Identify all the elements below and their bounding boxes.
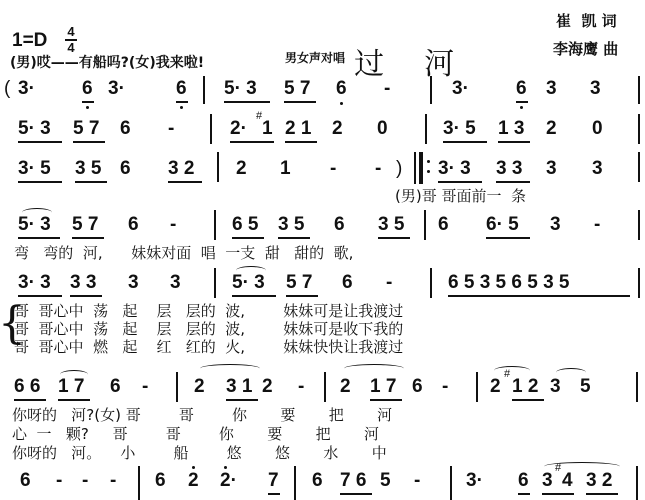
repeat-barline — [419, 152, 423, 184]
octave-dot — [224, 466, 227, 469]
time-sig-top: 4 — [67, 24, 74, 39]
note: 7 — [268, 470, 279, 492]
underline — [518, 493, 530, 495]
octave-dot — [340, 102, 343, 105]
note: 3 — [542, 470, 553, 492]
barline — [214, 268, 216, 298]
note: 3 — [546, 78, 557, 100]
underline — [286, 295, 318, 297]
note: 5 7 — [73, 118, 99, 140]
repeat-dot — [427, 160, 430, 163]
underline — [232, 295, 276, 297]
note: - — [56, 470, 62, 492]
note: 3 — [128, 272, 139, 294]
note: 3· 5 — [18, 158, 51, 180]
note: 3 — [546, 158, 557, 180]
note: 3 3 — [70, 272, 96, 294]
note: ) — [396, 158, 402, 180]
note: 1 7 — [58, 376, 84, 398]
note: 3 3 — [496, 158, 522, 180]
note: 3 — [550, 376, 561, 398]
note: 3 — [170, 272, 181, 294]
note: 3· 3 — [438, 158, 471, 180]
note: - — [386, 272, 392, 294]
underline — [370, 399, 402, 401]
note: 6 — [412, 376, 423, 398]
key-signature: 1=D — [12, 30, 47, 52]
underline — [72, 237, 104, 239]
slur — [200, 364, 260, 373]
barline — [636, 466, 638, 500]
note: ( — [4, 78, 10, 100]
barline — [324, 372, 326, 402]
underline — [512, 399, 544, 401]
note: 3· — [108, 78, 125, 100]
underline — [18, 181, 62, 183]
note: 3 2 — [168, 158, 194, 180]
octave-dot — [86, 106, 89, 109]
note: 3 5 — [378, 214, 404, 236]
underline — [18, 295, 62, 297]
note: 3 — [550, 214, 561, 236]
note: 0 — [592, 118, 603, 140]
octave-dot — [192, 466, 195, 469]
underline — [226, 399, 258, 401]
underline — [268, 493, 280, 495]
underline — [516, 101, 528, 103]
note: 6 — [110, 376, 121, 398]
lyric-line: 弯 弯的 河, 妹妹对面 唱 一支 甜 甜的 歌, — [14, 242, 353, 263]
note: 5 7 — [284, 78, 310, 100]
underline — [232, 237, 264, 239]
note: 6 — [82, 78, 93, 100]
underline — [82, 101, 94, 103]
barline — [176, 372, 178, 402]
note: 7 6 — [340, 470, 366, 492]
underline — [58, 399, 90, 401]
sharp-sign: # — [504, 368, 510, 380]
note: 3 1 — [226, 376, 252, 398]
underline — [176, 101, 188, 103]
underline — [168, 181, 202, 183]
underline — [73, 141, 105, 143]
note: 6 — [120, 118, 131, 140]
slur — [494, 366, 530, 375]
barline — [424, 210, 426, 240]
note: 6 — [438, 214, 449, 236]
note: 3· 5 — [443, 118, 476, 140]
note: 2 — [340, 376, 351, 398]
note: 6 — [120, 158, 131, 180]
note: 5 — [580, 376, 591, 398]
note: 1 — [280, 158, 291, 180]
note: 5· 3 — [224, 78, 257, 100]
note: 2 — [332, 118, 343, 140]
note: - — [170, 214, 176, 236]
title-char: 河 — [424, 47, 494, 82]
barline — [203, 76, 205, 104]
note: 1 2 — [512, 376, 538, 398]
underline — [18, 141, 62, 143]
note: - — [298, 376, 304, 398]
underline — [224, 101, 270, 103]
title-char: 过 — [354, 47, 424, 82]
note: 2 — [262, 376, 273, 398]
repeat-dot — [427, 170, 430, 173]
barline — [450, 466, 452, 500]
note: 6 5 — [232, 214, 258, 236]
lyric-line: (男)哥 哥面前一 条 — [395, 185, 526, 206]
underline — [18, 237, 60, 239]
octave-dot — [520, 106, 523, 109]
note: 5 7 — [72, 214, 98, 236]
note: - — [330, 158, 336, 180]
note: 5 — [380, 470, 391, 492]
underline — [496, 181, 530, 183]
note: - — [442, 376, 448, 398]
song-title: 过河 — [255, 4, 494, 83]
underline — [448, 295, 630, 297]
note: 3· — [466, 470, 483, 492]
note: 2 — [490, 376, 501, 398]
note: 6 — [20, 470, 31, 492]
intro-dialogue: (男)哎——有船吗?(女)我来啦! — [10, 52, 204, 72]
note: 0 — [377, 118, 388, 140]
barline — [638, 268, 640, 298]
note: 2 1 — [285, 118, 311, 140]
underline — [278, 237, 310, 239]
note: 6 — [128, 214, 139, 236]
lyricist-credit: 崔 凯 词 — [556, 10, 617, 31]
barline — [636, 372, 638, 402]
note: - — [168, 118, 174, 140]
underline — [340, 493, 372, 495]
note: 3 2 — [586, 470, 612, 492]
note: 6· 5 — [486, 214, 519, 236]
note: 2 — [188, 470, 199, 492]
note: 2 — [194, 376, 205, 398]
underline — [542, 493, 574, 495]
barline — [294, 466, 296, 500]
lyric-verse-1: 你呀的 河?(女) 哥 哥 你 要 把 河 — [12, 404, 392, 425]
note: 4 — [562, 470, 573, 492]
note: 5· 3 — [232, 272, 265, 294]
note: 2· — [220, 470, 237, 492]
note: 3 5 — [75, 158, 101, 180]
note: - — [110, 470, 116, 492]
barline — [430, 268, 432, 298]
barline — [138, 466, 140, 500]
underline — [438, 181, 482, 183]
note: 3 — [590, 78, 601, 100]
note: 6 — [334, 214, 345, 236]
barline — [217, 152, 219, 182]
note: 6 6 — [14, 376, 40, 398]
note: 3 5 — [278, 214, 304, 236]
underline — [70, 295, 102, 297]
note: - — [414, 470, 420, 492]
note: 3· — [452, 78, 469, 100]
note: 6 — [336, 78, 347, 100]
lyric-verse-3: 你呀的 河。 小 船 悠 悠 水 中 — [12, 442, 387, 463]
barline — [210, 114, 212, 144]
barline — [638, 76, 640, 104]
underline — [443, 141, 487, 143]
lyric-verse-3: 哥 哥心中 燃 起 红 红的 火, 妹妹快快让我渡过 — [14, 336, 403, 357]
underline — [230, 141, 274, 143]
underline — [14, 399, 46, 401]
note: - — [384, 78, 390, 100]
underline — [486, 237, 530, 239]
underline — [586, 493, 618, 495]
composer-credit: 李海鹰 曲 — [553, 38, 618, 59]
underline — [285, 141, 317, 143]
note: 5· 3 — [18, 214, 51, 236]
repeat-barline — [414, 152, 416, 184]
note: 6 — [312, 470, 323, 492]
slur — [344, 364, 404, 373]
octave-dot — [180, 106, 183, 109]
note: 2 — [546, 118, 557, 140]
sharp-sign: # — [555, 462, 561, 474]
note: 6 — [342, 272, 353, 294]
note: 6 5 3 5 6 5 3 5 — [448, 272, 570, 294]
barline — [476, 372, 478, 402]
underline — [284, 101, 316, 103]
barline — [214, 210, 216, 240]
note: - — [375, 158, 381, 180]
note: 6 — [176, 78, 187, 100]
note: 3 — [592, 158, 603, 180]
time-signature: 4 4 — [65, 26, 77, 54]
underline — [498, 141, 530, 143]
underline — [378, 237, 410, 239]
underline — [75, 181, 107, 183]
note: 2 — [236, 158, 247, 180]
note: 1 7 — [370, 376, 396, 398]
barline — [638, 114, 640, 144]
note: - — [82, 470, 88, 492]
barline — [638, 152, 640, 182]
performance-note: 男女声对唱 — [285, 49, 345, 66]
barline — [430, 76, 432, 104]
note: 6 — [516, 78, 527, 100]
note: 3· — [18, 78, 35, 100]
note: - — [142, 376, 148, 398]
note: 6 — [155, 470, 166, 492]
note: 1 — [262, 118, 273, 140]
barline — [425, 114, 427, 144]
note: 1 3 — [498, 118, 524, 140]
note: 5 7 — [286, 272, 312, 294]
lyric-verse-2: 心 一 颗? 哥 哥 你 要 把 河 — [12, 423, 379, 444]
note: - — [594, 214, 600, 236]
note: 5· 3 — [18, 118, 51, 140]
barline — [638, 210, 640, 240]
note: 3· 3 — [18, 272, 51, 294]
note: 6 — [518, 470, 529, 492]
note: 2· — [230, 118, 247, 140]
